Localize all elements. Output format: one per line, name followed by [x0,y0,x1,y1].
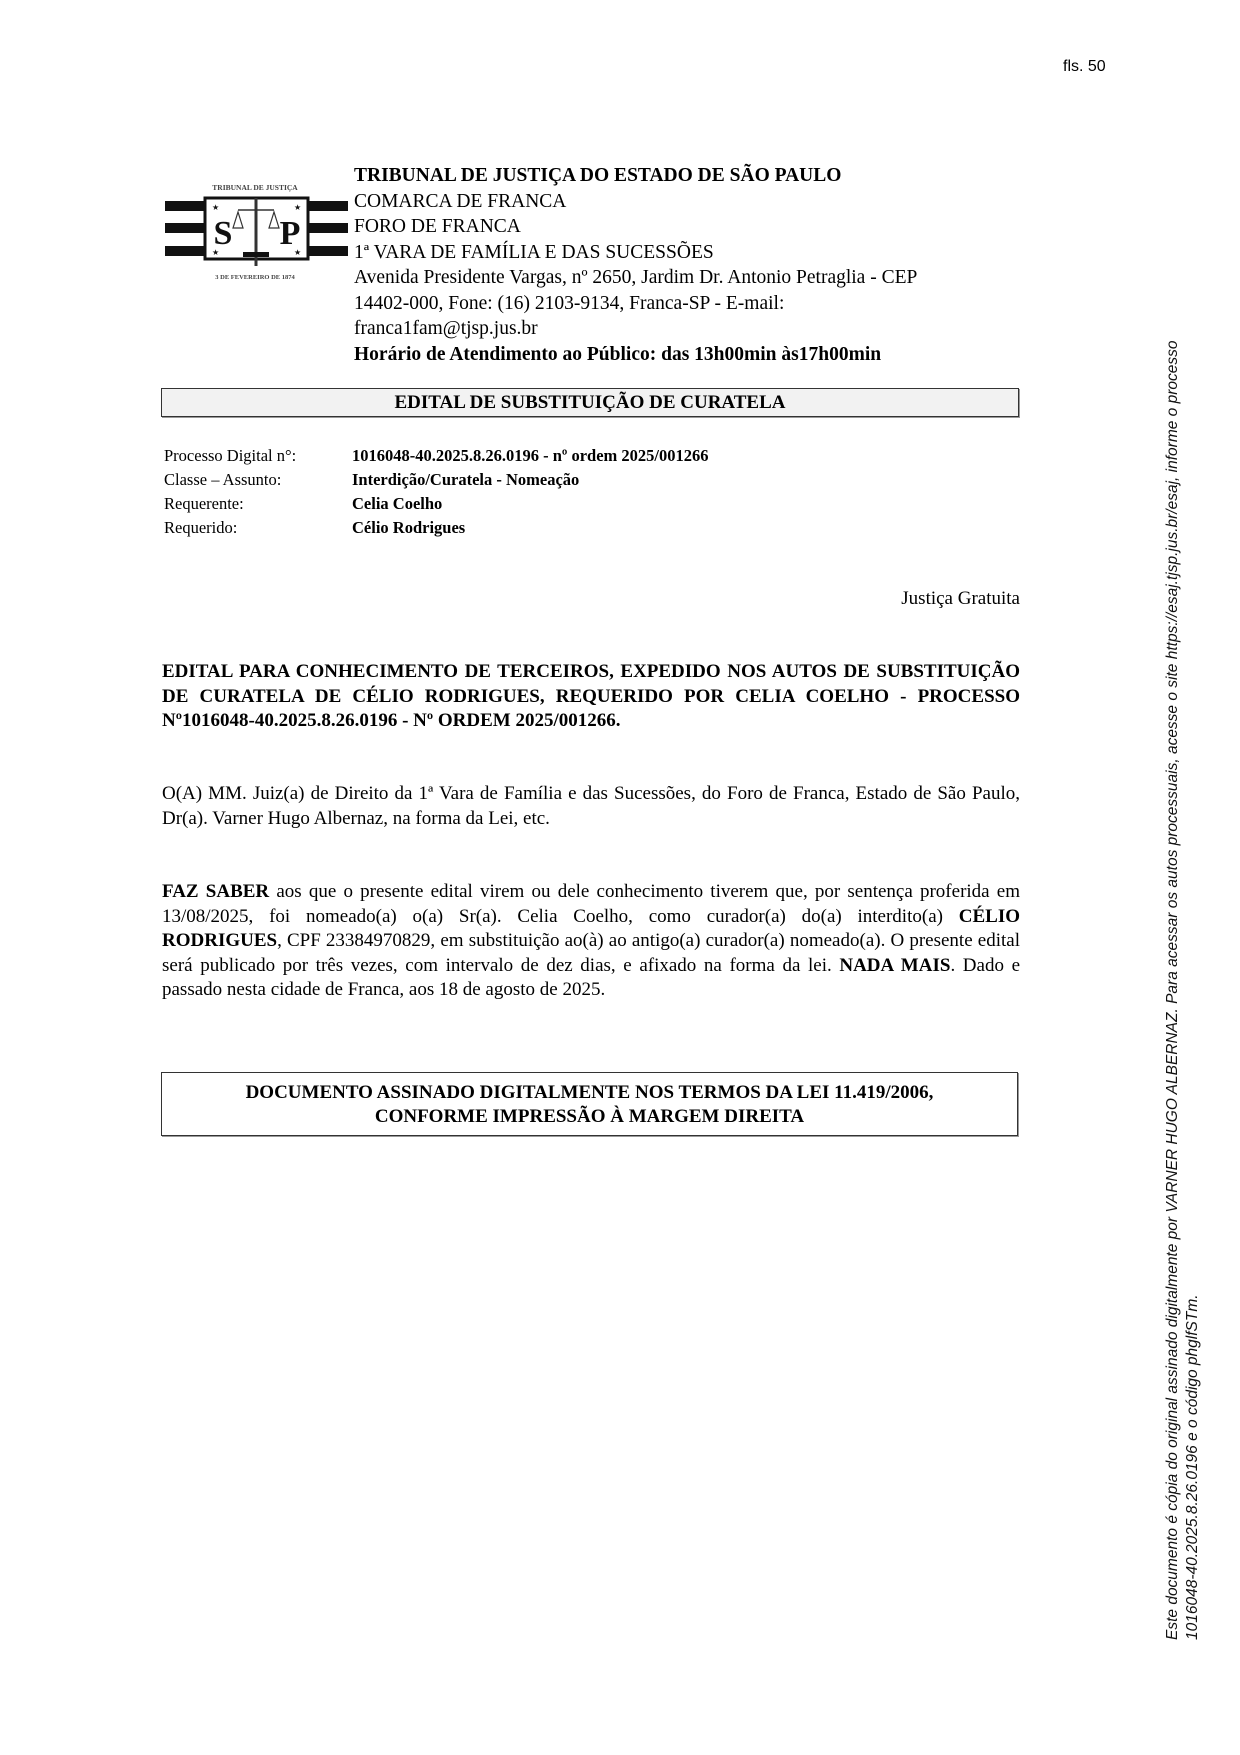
foro: FORO DE FRANCA [354,214,994,240]
process-info: Processo Digital n°: 1016048-40.2025.8.2… [164,444,709,540]
info-label: Requerido: [164,516,352,540]
stamp-line-2: 1016048-40.2025.8.26.0196 e o código phg… [1183,341,1203,1640]
svg-text:★: ★ [294,203,301,212]
svg-text:P: P [280,215,301,252]
info-label: Classe – Assunto: [164,468,352,492]
faz-saber: FAZ SABER [162,881,269,902]
svg-text:★: ★ [294,248,301,257]
signature-line-1: DOCUMENTO ASSINADO DIGITALMENTE NOS TERM… [162,1081,1017,1105]
stamp-line-1: Este documento é cópia do original assin… [1163,341,1183,1640]
svg-text:S: S [214,215,233,252]
info-row-requerido: Requerido: Célio Rodrigues [164,516,709,540]
nada-mais: NADA MAIS [839,955,950,976]
address-line-1: Avenida Presidente Vargas, nº 2650, Jard… [354,265,994,291]
document-title: EDITAL DE SUBSTITUIÇÃO DE CURATELA [161,388,1019,417]
court-logo-icon: TRIBUNAL DE JUSTIÇA S P ★ ★ ★ ★ 3 DE FEV… [163,148,348,286]
comarca: COMARCA DE FRANCA [354,189,994,215]
free-justice-note: Justiça Gratuita [901,588,1020,610]
svg-text:★: ★ [212,248,219,257]
signature-line-2: CONFORME IMPRESSÃO À MARGEM DIREITA [162,1105,1017,1129]
email: franca1fam@tjsp.jus.br [354,316,994,342]
info-value: Interdição/Curatela - Nomeação [352,468,579,492]
body-text-1: aos que o presente edital virem ou dele … [162,881,1020,927]
info-row-requerente: Requerente: Celia Coelho [164,492,709,516]
office-hours: Horário de Atendimento ao Público: das 1… [354,342,994,368]
info-value: Célio Rodrigues [352,516,465,540]
edital-heading: EDITAL PARA CONHECIMENTO DE TERCEIROS, E… [162,660,1020,734]
vara: 1ª VARA DE FAMÍLIA E DAS SUCESSÕES [354,240,994,266]
svg-text:★: ★ [212,203,219,212]
digital-signature-stamp: Este documento é cópia do original assin… [1163,341,1203,1640]
court-name: TRIBUNAL DE JUSTIÇA DO ESTADO DE SÃO PAU… [354,163,994,189]
svg-text:3 DE FEVEREIRO DE 1874: 3 DE FEVEREIRO DE 1874 [215,274,295,281]
info-label: Requerente: [164,492,352,516]
svg-text:TRIBUNAL DE JUSTIÇA: TRIBUNAL DE JUSTIÇA [212,183,298,192]
court-header: TRIBUNAL DE JUSTIÇA DO ESTADO DE SÃO PAU… [354,163,994,367]
info-label: Processo Digital n°: [164,444,352,468]
info-row-class: Classe – Assunto: Interdição/Curatela - … [164,468,709,492]
body-paragraph: FAZ SABER aos que o presente edital vire… [162,880,1020,1003]
page-number: fls. 50 [1063,58,1106,76]
address-line-2: 14402-000, Fone: (16) 2103-9134, Franca-… [354,291,994,317]
digital-signature-notice: DOCUMENTO ASSINADO DIGITALMENTE NOS TERM… [161,1072,1018,1136]
judge-paragraph: O(A) MM. Juiz(a) de Direito da 1ª Vara d… [162,782,1020,831]
info-row-process: Processo Digital n°: 1016048-40.2025.8.2… [164,444,709,468]
info-value: 1016048-40.2025.8.26.0196 - nº ordem 202… [352,444,709,468]
info-value: Celia Coelho [352,492,442,516]
